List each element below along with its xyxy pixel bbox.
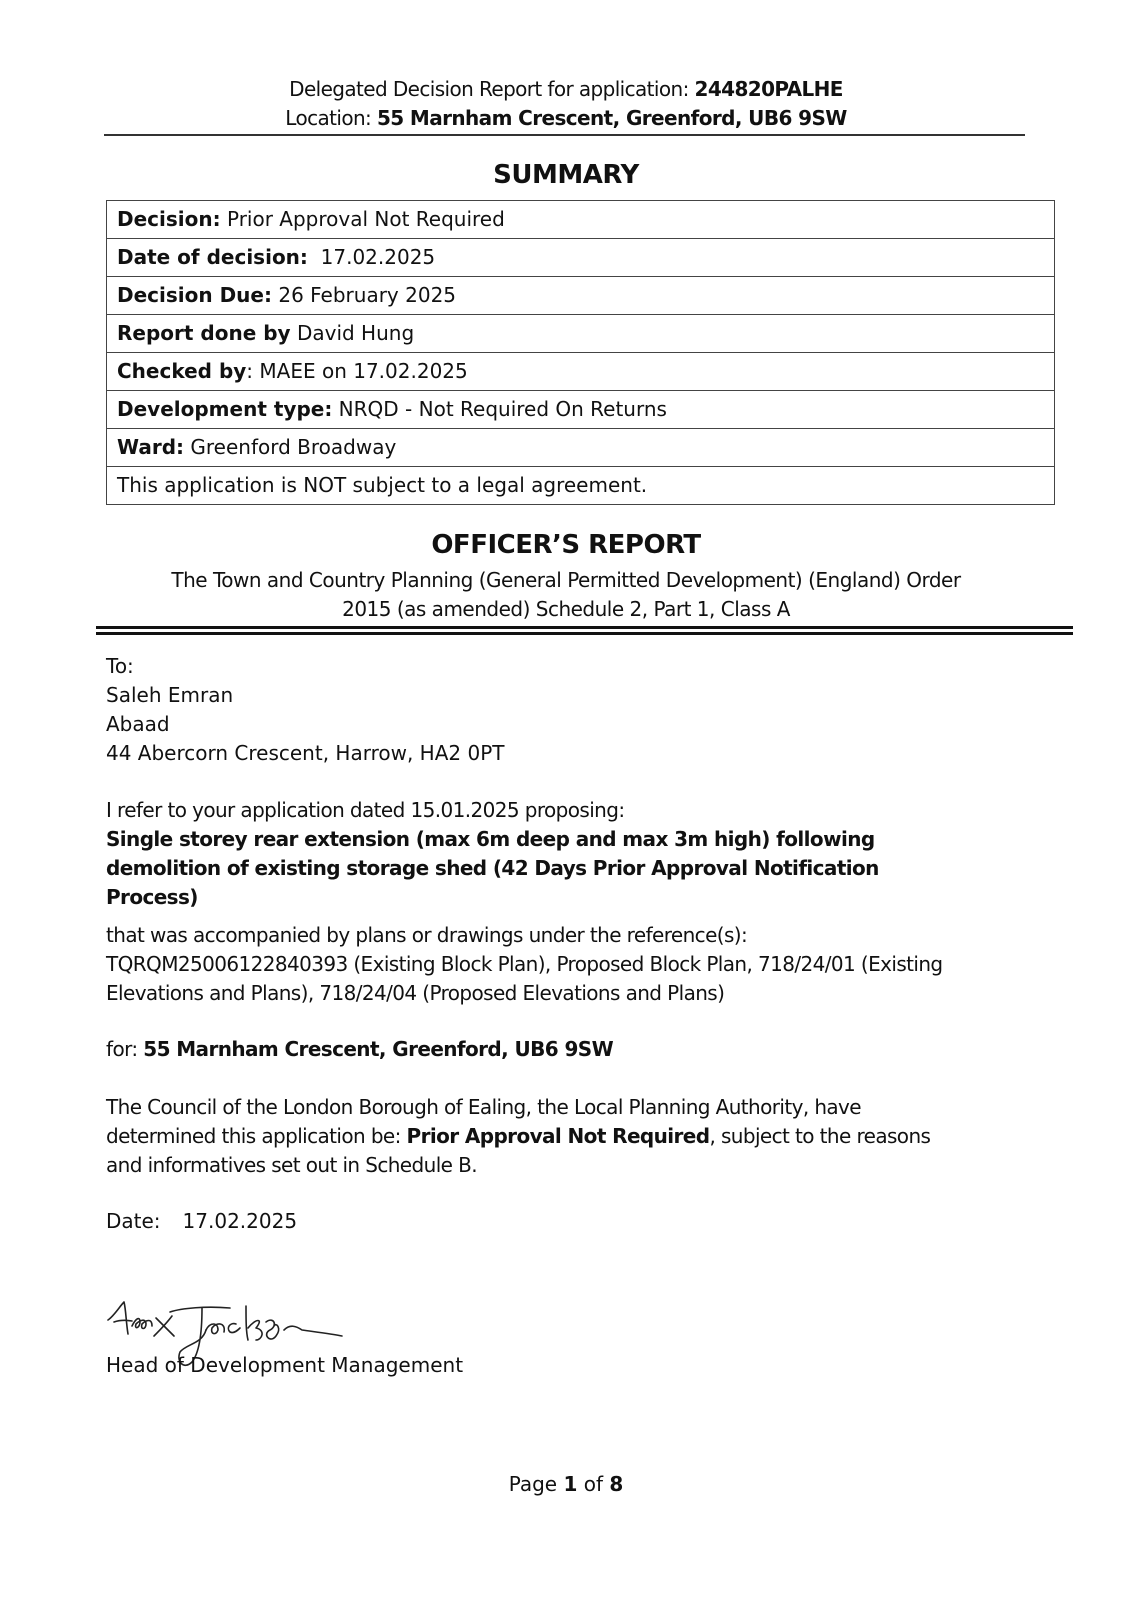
site-address: 55 Marnham Crescent, Greenford, UB6 9SW <box>143 1037 613 1061</box>
page-current: 1 <box>563 1472 577 1496</box>
plans-intro: that was accompanied by plans or drawing… <box>106 921 986 950</box>
summary-cell: Ward: Greenford Broadway <box>107 429 1055 467</box>
header-divider <box>104 134 1025 136</box>
summary-value: This application is NOT subject to a leg… <box>117 473 647 497</box>
summary-value: David Hung <box>291 321 415 345</box>
summary-value: : MAEE on 17.02.2025 <box>246 359 467 383</box>
proposal-description: Single storey rear extension (max 6m dee… <box>106 825 966 912</box>
recipient-block: To: Saleh Emran Abaad 44 Abercorn Cresce… <box>106 652 986 768</box>
summary-value: NRQD - Not Required On Returns <box>332 397 667 421</box>
summary-value: Prior Approval Not Required <box>221 207 505 231</box>
summary-value: Greenford Broadway <box>184 435 396 459</box>
summary-value: 26 February 2025 <box>272 283 456 307</box>
application-label: Delegated Decision Report for applicatio… <box>289 77 694 101</box>
application-ref: 244820PALHE <box>695 77 843 101</box>
recipient-address: 44 Abercorn Crescent, Harrow, HA2 0PT <box>106 739 986 768</box>
summary-cell: Decision Due: 26 February 2025 <box>107 277 1055 315</box>
summary-row: This application is NOT subject to a leg… <box>107 467 1055 505</box>
legislation-line-1: The Town and Country Planning (General P… <box>0 566 1132 595</box>
summary-title: SUMMARY <box>0 160 1132 190</box>
date-label: Date: <box>106 1209 161 1233</box>
recipient-name: Saleh Emran <box>106 681 986 710</box>
to-label: To: <box>106 652 986 681</box>
application-intro: I refer to your application dated 15.01.… <box>106 796 986 825</box>
summary-cell: This application is NOT subject to a leg… <box>107 467 1055 505</box>
page-of-label: of <box>577 1472 609 1496</box>
site-address-line: for: 55 Marnham Crescent, Greenford, UB6… <box>106 1035 986 1064</box>
summary-row: Date of decision: 17.02.2025 <box>107 239 1055 277</box>
date-value: 17.02.2025 <box>183 1209 298 1233</box>
page-number: Page 1 of 8 <box>0 1472 1132 1496</box>
summary-cell: Checked by: MAEE on 17.02.2025 <box>107 353 1055 391</box>
summary-label: Checked by <box>117 359 246 383</box>
location-value: 55 Marnham Crescent, Greenford, UB6 9SW <box>377 106 847 130</box>
summary-cell: Development type: NRQD - Not Required On… <box>107 391 1055 429</box>
summary-label: Report done by <box>117 321 291 345</box>
signatory-title: Head of Development Management <box>106 1351 986 1380</box>
summary-cell: Report done by David Hung <box>107 315 1055 353</box>
summary-label: Decision Due: <box>117 283 272 307</box>
summary-table: Decision: Prior Approval Not RequiredDat… <box>106 200 1055 505</box>
recipient-company: Abaad <box>106 710 986 739</box>
summary-row: Ward: Greenford Broadway <box>107 429 1055 467</box>
summary-label: Date of decision: <box>117 245 308 269</box>
summary-row: Report done by David Hung <box>107 315 1055 353</box>
plans-references: TQRQM25006122840393 (Existing Block Plan… <box>106 950 976 1008</box>
summary-row: Development type: NRQD - Not Required On… <box>107 391 1055 429</box>
summary-label: Development type: <box>117 397 332 421</box>
officers-report-title: OFFICER’S REPORT <box>0 530 1132 560</box>
page-total: 8 <box>609 1472 623 1496</box>
summary-cell: Date of decision: 17.02.2025 <box>107 239 1055 277</box>
section-double-divider <box>96 626 1073 635</box>
application-reference-line: Delegated Decision Report for applicatio… <box>0 74 1132 104</box>
determination-decision: Prior Approval Not Required <box>407 1124 710 1148</box>
summary-value: 17.02.2025 <box>308 245 435 269</box>
summary-row: Decision: Prior Approval Not Required <box>107 201 1055 239</box>
summary-row: Decision Due: 26 February 2025 <box>107 277 1055 315</box>
summary-row: Checked by: MAEE on 17.02.2025 <box>107 353 1055 391</box>
date-line: Date:17.02.2025 <box>106 1207 986 1236</box>
page-label: Page <box>509 1472 564 1496</box>
location-line: Location: 55 Marnham Crescent, Greenford… <box>0 103 1132 133</box>
summary-label: Decision: <box>117 207 221 231</box>
legislation-line-2: 2015 (as amended) Schedule 2, Part 1, Cl… <box>0 595 1132 624</box>
summary-cell: Decision: Prior Approval Not Required <box>107 201 1055 239</box>
determination-paragraph: The Council of the London Borough of Eal… <box>106 1093 946 1180</box>
summary-label: Ward: <box>117 435 184 459</box>
for-label: for: <box>106 1037 143 1061</box>
location-label: Location: <box>285 106 377 130</box>
